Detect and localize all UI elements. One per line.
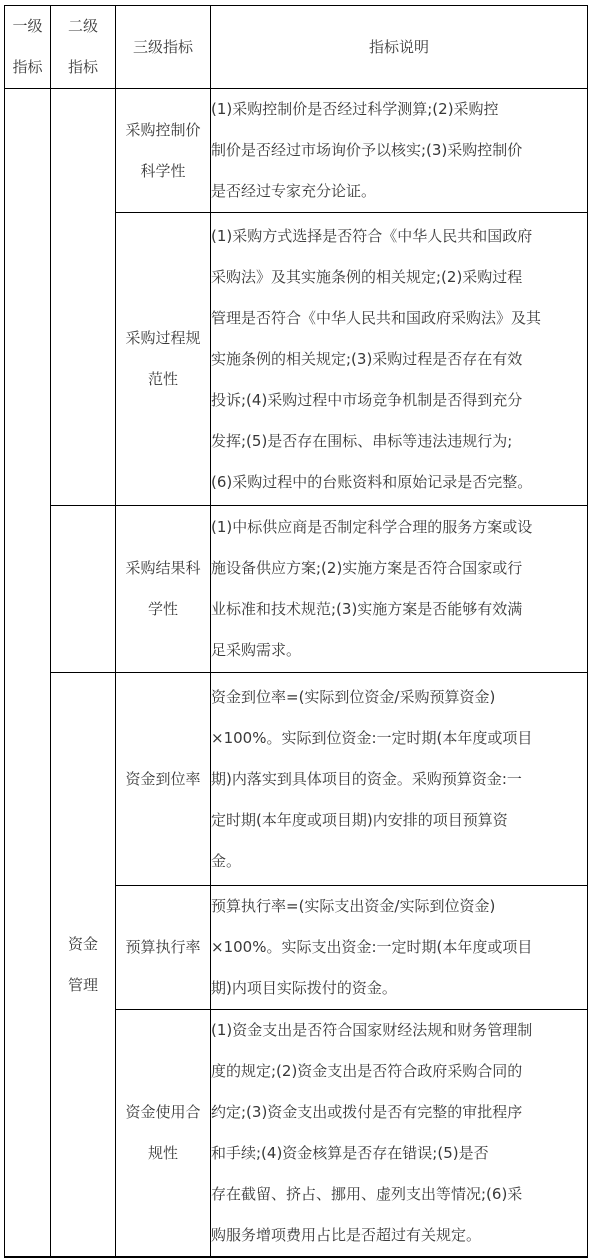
level3-indicator-cell: 资金使用合 规性 [116, 1010, 211, 1258]
table-row: 采购结果科 学性 (1)中标供应商是否制定科学合理的服务方案或设 施设备供应方案… [5, 506, 588, 673]
document-page: 一级 指标 二级 指标 三级指标 指标说明 采购控制价 科学性 (1)采购控制价… [0, 0, 591, 1260]
header-indicator-description: 指标说明 [211, 6, 588, 89]
indicator-description-cell: (1)资金支出是否符合国家财经法规和财务管理制 度的规定;(2)资金支出是否符合… [211, 1010, 588, 1258]
level3-indicator-cell: 预算执行率 [116, 886, 211, 1010]
indicator-description-cell: 资金到位率=(实际到位资金/采购预算资金) ×100%。实际到位资金:一定时期(… [211, 673, 588, 886]
header-level1-indicator: 一级 指标 [5, 6, 51, 89]
level1-indicator-cell [5, 89, 51, 1258]
indicator-description-cell: 预算执行率=(实际支出资金/实际到位资金) ×100%。实际支出资金:一定时期(… [211, 886, 588, 1010]
level3-indicator-cell: 采购控制价 科学性 [116, 89, 211, 213]
table-row: 资金 管理 资金到位率 资金到位率=(实际到位资金/采购预算资金) ×100%。… [5, 673, 588, 886]
indicator-table: 一级 指标 二级 指标 三级指标 指标说明 采购控制价 科学性 (1)采购控制价… [4, 5, 588, 1258]
table-row: 采购控制价 科学性 (1)采购控制价是否经过科学测算;(2)采购控 制价是否经过… [5, 89, 588, 213]
level2-indicator-cell [51, 506, 116, 673]
header-level2-indicator: 二级 指标 [51, 6, 116, 89]
level2-indicator-cell [51, 89, 116, 506]
indicator-description-cell: (1)采购控制价是否经过科学测算;(2)采购控 制价是否经过市场询价予以核实;(… [211, 89, 588, 213]
indicator-description-cell: (1)中标供应商是否制定科学合理的服务方案或设 施设备供应方案;(2)实施方案是… [211, 506, 588, 673]
header-row: 一级 指标 二级 指标 三级指标 指标说明 [5, 6, 588, 89]
header-level3-indicator: 三级指标 [116, 6, 211, 89]
level2-indicator-cell: 资金 管理 [51, 673, 116, 1258]
level3-indicator-cell: 采购结果科 学性 [116, 506, 211, 673]
indicator-description-cell: (1)采购方式选择是否符合《中华人民共和国政府 采购法》及其实施条例的相关规定;… [211, 213, 588, 506]
level3-indicator-cell: 资金到位率 [116, 673, 211, 886]
level3-indicator-cell: 采购过程规 范性 [116, 213, 211, 506]
